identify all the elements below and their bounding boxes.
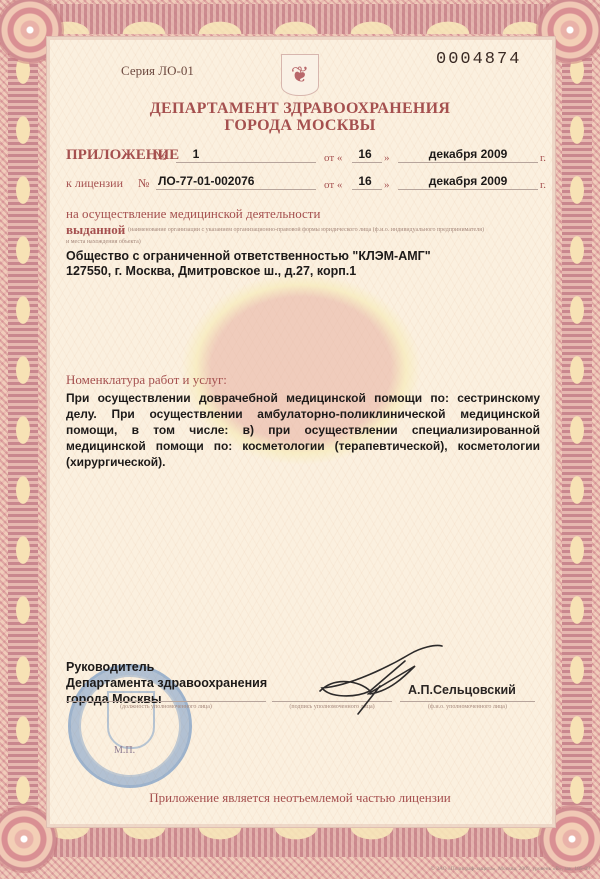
- underline: [176, 162, 316, 163]
- appendix-number: 1: [176, 147, 216, 161]
- footer-note: Приложение является неотъемлемой частью …: [0, 790, 600, 806]
- appendix-row: ПРИЛОЖЕНИЕ № 1 от « 16 » декабря 2009 г.: [66, 146, 560, 166]
- number-sign: №: [154, 148, 166, 164]
- license-day: 16: [350, 174, 380, 188]
- underline: [352, 162, 382, 163]
- border-band-bottom: [30, 827, 570, 857]
- printer-copyright: © ЗАО «Полиграф-защита», Москва, 2009, у…: [431, 866, 590, 872]
- underline: [398, 162, 538, 163]
- position-caption: (должность уполномоченного лица): [66, 704, 266, 710]
- license-month-year: декабря 2009: [398, 174, 538, 188]
- department-title-line2: ГОРОДА МОСКВЫ: [0, 117, 600, 135]
- organization-name: Общество с ограниченной ответственностью…: [66, 249, 431, 263]
- year-suffix: г.: [540, 179, 546, 191]
- license-label: к лицензии: [66, 176, 123, 191]
- position-underline: [66, 701, 266, 702]
- organization-address: 127550, г. Москва, Дмитровское ш., д.27,…: [66, 264, 356, 278]
- issued-label: выданной: [66, 222, 125, 238]
- border-band-top: [30, 4, 570, 34]
- license-row: к лицензии № ЛО-77-01-002076 от « 16 » д…: [66, 173, 560, 193]
- coat-of-arms-icon: ❦: [281, 54, 319, 96]
- seal-mark-label: М.П.: [114, 745, 135, 756]
- position-line-2: Департамента здравоохранения: [66, 675, 267, 691]
- department-title-line1: ДЕПАРТАМЕНТ ЗДРАВООХРАНЕНИЯ: [0, 100, 600, 118]
- close-quote: »: [384, 179, 390, 191]
- border-band-right: [562, 40, 592, 829]
- close-quote: »: [384, 152, 390, 164]
- position-line-1: Руководитель: [66, 659, 267, 675]
- year-suffix: г.: [540, 152, 546, 164]
- border-band-left: [8, 40, 38, 829]
- name-underline: [400, 701, 535, 702]
- nomenclature-body: При осуществлении доврачебной медицинско…: [66, 390, 540, 470]
- underline: [352, 189, 382, 190]
- activity-line: на осуществление медицинской деятельност…: [66, 206, 320, 222]
- document-number: 0004874: [436, 50, 521, 69]
- from-label: от «: [324, 152, 342, 164]
- issued-caption: (наименование организации с указанием ор…: [128, 227, 558, 233]
- underline: [156, 189, 316, 190]
- underline: [398, 189, 538, 190]
- license-appendix-document: Серия ЛО-01 ❦ 0004874 ДЕПАРТАМЕНТ ЗДРАВО…: [0, 0, 600, 879]
- signatory-position: Руководитель Департамента здравоохранени…: [66, 659, 267, 707]
- name-caption: (ф.и.о. уполномоченного лица): [400, 704, 535, 710]
- number-sign: №: [138, 176, 149, 191]
- series-label: Серия ЛО-01: [121, 63, 194, 79]
- appendix-month-year: декабря 2009: [398, 147, 538, 161]
- appendix-day: 16: [350, 147, 380, 161]
- from-label: от «: [324, 179, 342, 191]
- nomenclature-title: Номенклатура работ и услуг:: [66, 372, 227, 388]
- signatory-name: А.П.Сельцовский: [408, 683, 516, 697]
- issued-caption-2: и места нахождения объекта): [66, 239, 141, 245]
- license-number: ЛО-77-01-002076: [158, 174, 254, 188]
